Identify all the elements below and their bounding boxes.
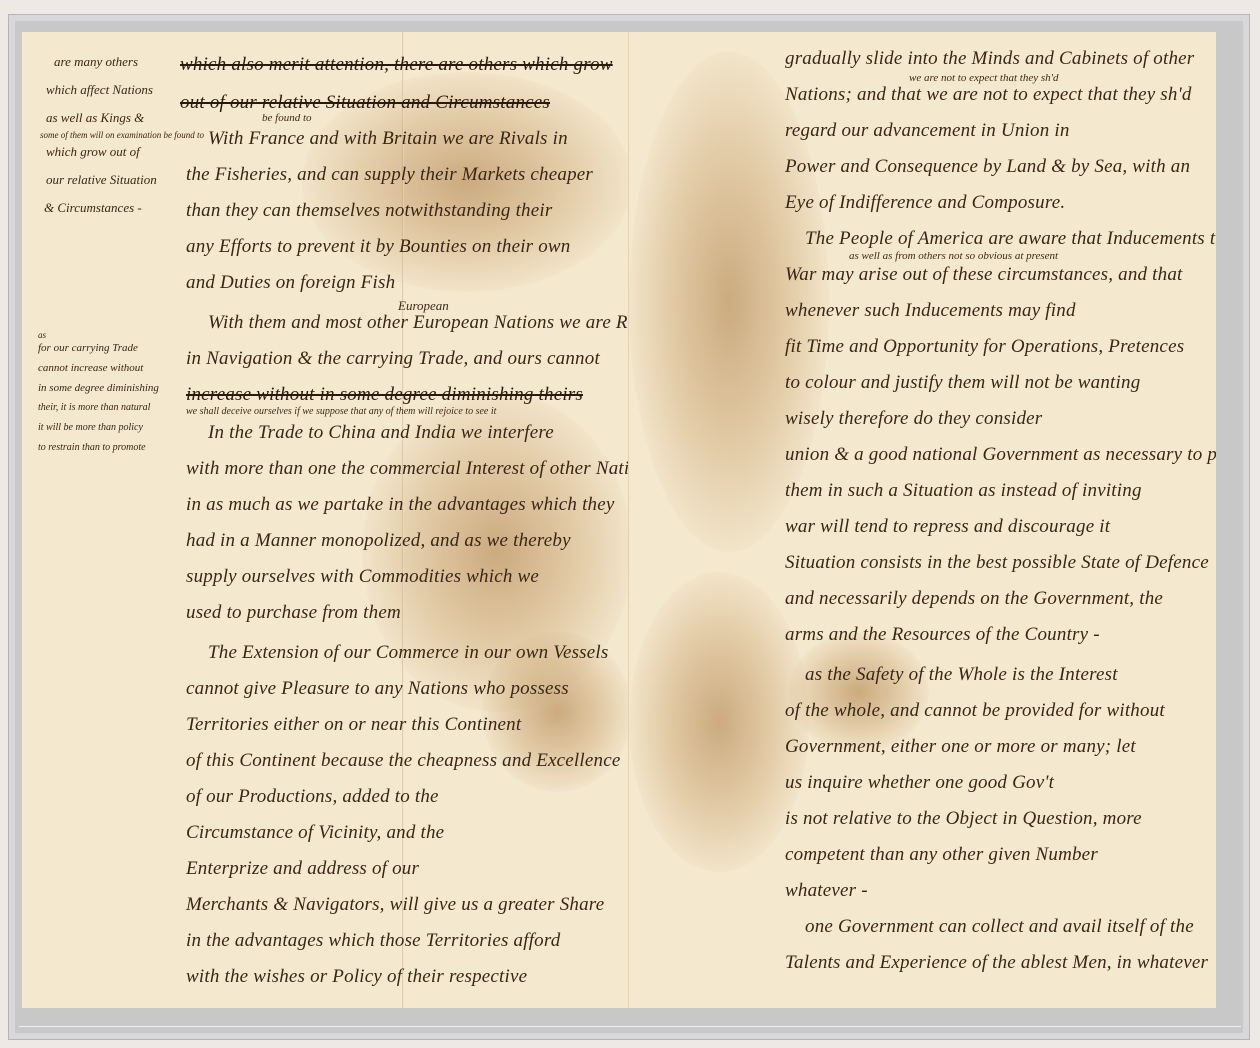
text-line: Territories either on or near this Conti… — [186, 714, 521, 736]
text-line: one Government can collect and avail its… — [805, 916, 1194, 938]
margin-note: as — [38, 330, 46, 340]
text-line: is not relative to the Object in Questio… — [785, 808, 1142, 830]
text-line: in as much as we partake in the advantag… — [186, 494, 615, 516]
text-line: out of our relative Situation and Circum… — [180, 92, 550, 114]
text-line: whatever - — [785, 880, 868, 902]
margin-note: to restrain than to promote — [38, 442, 146, 453]
text-line: regard our advancement in Union in — [785, 120, 1070, 142]
margin-note: which affect Nations — [46, 82, 153, 98]
margin-note: some of them will on examination be foun… — [40, 130, 204, 140]
text-line: war will tend to repress and discourage … — [785, 516, 1110, 538]
text-line: used to purchase from them — [186, 602, 401, 624]
text-line: arms and the Resources of the Country - — [785, 624, 1100, 646]
text-line: us inquire whether one good Gov't — [785, 772, 1054, 794]
text-line: had in a Manner monopolized, and as we t… — [186, 530, 571, 552]
text-line: Power and Consequence by Land & by Sea, … — [785, 156, 1190, 178]
interlinear-insertion: we are not to expect that they sh'd — [909, 72, 1059, 84]
interlinear-insertion: we shall deceive ourselves if we suppose… — [186, 406, 496, 417]
text-line: fit Time and Opportunity for Operations,… — [785, 336, 1184, 358]
text-line: in Navigation & the carrying Trade, and … — [186, 348, 600, 370]
text-line: than they can themselves notwithstanding… — [186, 200, 552, 222]
interlinear-insertion: as well as from others not so obvious at… — [849, 250, 1058, 262]
text-line: increase without in some degree diminish… — [186, 384, 583, 406]
text-line: to colour and justify them will not be w… — [785, 372, 1140, 394]
sleeve-edge-line — [19, 1026, 1241, 1027]
text-line: with the wishes or Policy of their respe… — [186, 966, 527, 988]
text-line: with more than one the commercial Intere… — [186, 458, 629, 480]
text-line: and Duties on foreign Fish — [186, 272, 395, 294]
text-line: The People of America are aware that Ind… — [805, 228, 1216, 250]
manuscript-page-left: are many others which affect Nations as … — [22, 32, 629, 1008]
text-line: cannot give Pleasure to any Nations who … — [186, 678, 569, 700]
text-line: Enterprize and address of our — [186, 858, 419, 880]
text-line: the Fisheries, and can supply their Mark… — [186, 164, 593, 186]
text-line: With them and most other European Nation… — [208, 312, 629, 334]
text-line: In the Trade to China and India we inter… — [208, 422, 554, 444]
text-line: competent than any other given Number — [785, 844, 1098, 866]
text-line: of our Productions, added to the — [186, 786, 439, 808]
margin-note: are many others — [54, 54, 138, 70]
text-line: them in such a Situation as instead of i… — [785, 480, 1142, 502]
margin-note: in some degree diminishing — [38, 382, 159, 394]
margin-note: cannot increase without — [38, 362, 143, 374]
text-line: Merchants & Navigators, will give us a g… — [186, 894, 604, 916]
text-line: of the whole, and cannot be provided for… — [785, 700, 1165, 722]
text-line: as the Safety of the Whole is the Intere… — [805, 664, 1118, 686]
margin-note: which grow out of — [46, 144, 140, 160]
margin-note: & Circumstances - — [44, 200, 142, 216]
margin-note: it will be more than policy — [38, 422, 143, 433]
stain — [629, 572, 809, 872]
margin-note: our relative Situation — [46, 172, 157, 188]
text-line: and necessarily depends on the Governmen… — [785, 588, 1163, 610]
text-line: supply ourselves with Commodities which … — [186, 566, 539, 588]
margin-note: as well as Kings & — [46, 110, 144, 126]
text-line: Talents and Experience of the ablest Men… — [785, 952, 1208, 974]
text-line: Nations; and that we are not to expect t… — [785, 84, 1192, 106]
text-line: War may arise out of these circumstances… — [785, 264, 1183, 286]
text-line: Circumstance of Vicinity, and the — [186, 822, 444, 844]
text-line: in the advantages which those Territorie… — [186, 930, 560, 952]
text-line: gradually slide into the Minds and Cabin… — [785, 48, 1194, 70]
text-line: which also merit attention, there are ot… — [180, 54, 613, 76]
interlinear-insertion: be found to — [262, 112, 312, 124]
stain — [789, 632, 929, 752]
text-line: Government, either one or more or many; … — [785, 736, 1136, 758]
text-line: The Extension of our Commerce in our own… — [208, 642, 608, 664]
margin-note: for our carrying Trade — [38, 342, 138, 354]
manuscript-page-right: gradually slide into the Minds and Cabin… — [629, 32, 1216, 1008]
text-line: whenever such Inducements may find — [785, 300, 1076, 322]
text-line: Situation consists in the best possible … — [785, 552, 1209, 574]
text-line: any Efforts to prevent it by Bounties on… — [186, 236, 571, 258]
text-line: wisely therefore do they consider — [785, 408, 1042, 430]
text-line: of this Continent because the cheapness … — [186, 750, 620, 772]
text-line: Eye of Indifference and Composure. — [785, 192, 1065, 214]
text-line: With France and with Britain we are Riva… — [208, 128, 568, 150]
text-line: union & a good national Government as ne… — [785, 444, 1216, 466]
margin-note: their, it is more than natural — [38, 402, 150, 413]
